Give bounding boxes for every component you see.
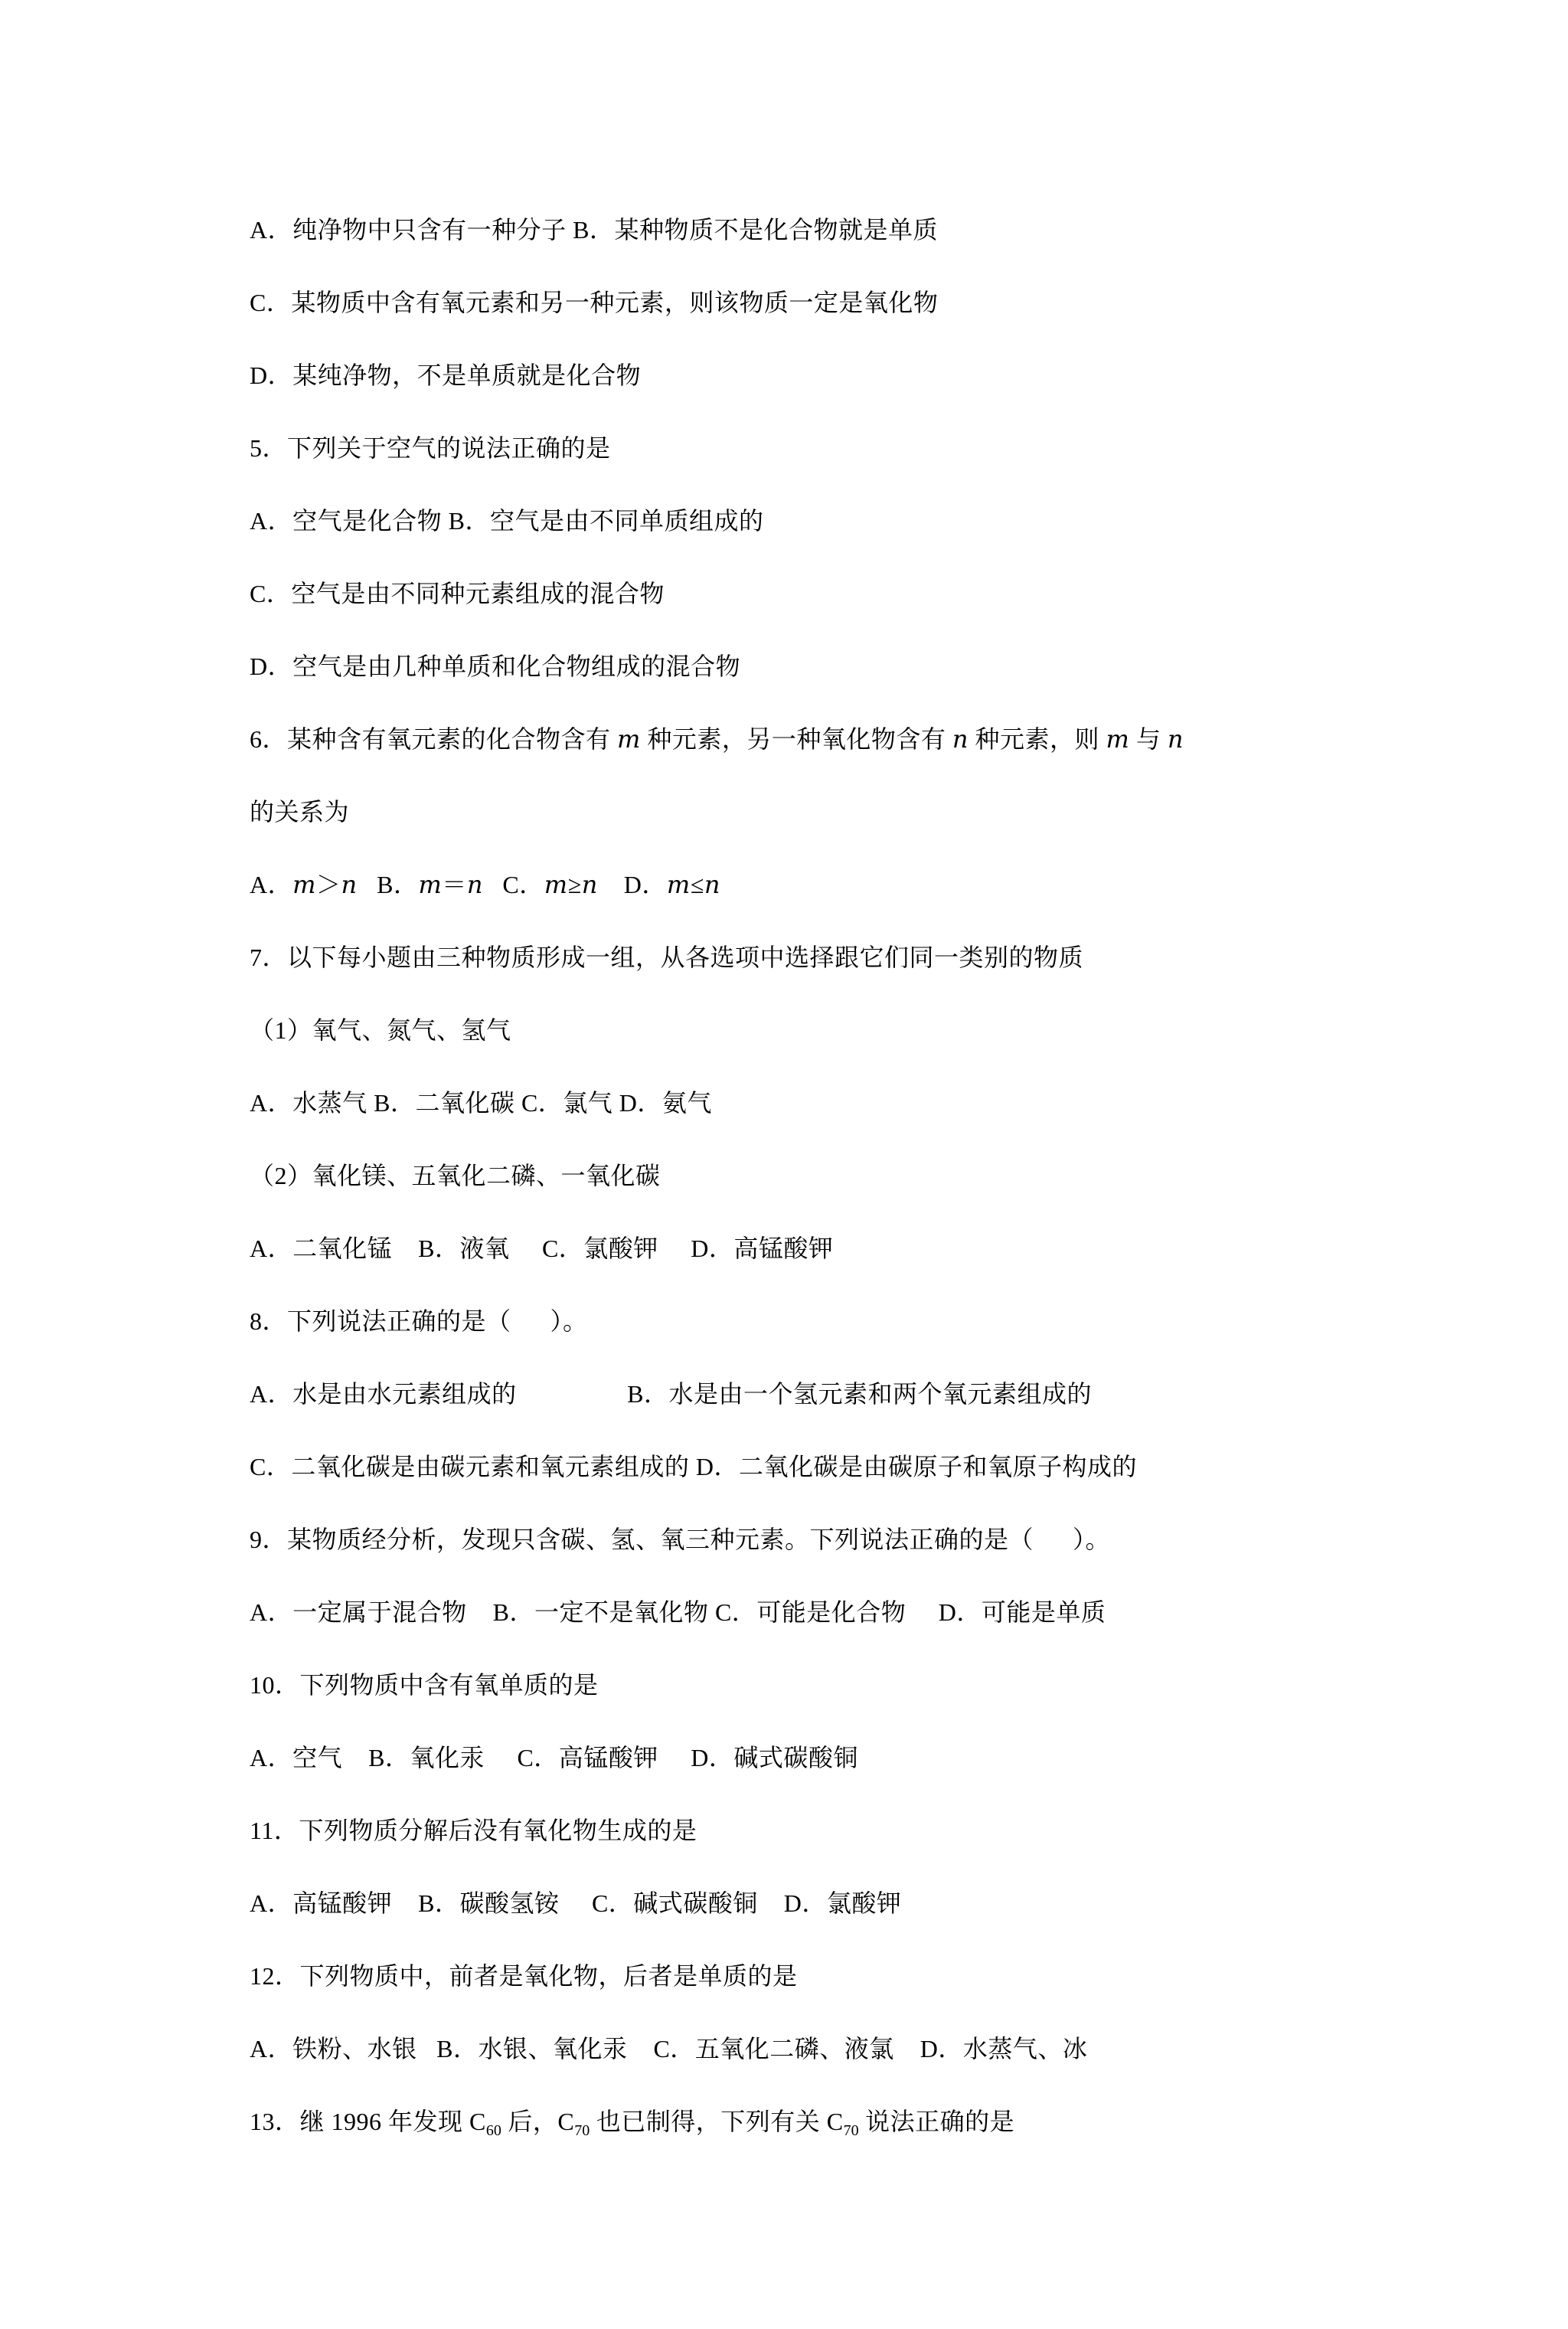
math-variable: m bbox=[667, 870, 691, 899]
math-variable: m bbox=[617, 725, 641, 754]
text-run: 5．下列关于空气的说法正确的是 bbox=[250, 434, 611, 462]
text-run: 13．继 1996 年发现 C bbox=[250, 2108, 486, 2135]
text-run: 的关系为 bbox=[250, 798, 349, 826]
text-run: C． bbox=[483, 871, 544, 898]
text-run: 7．以下每小题由三种物质形成一组，从各选项中选择跟它们同一类别的物质 bbox=[250, 944, 1083, 971]
text-line: A．m＞n B．m＝n C．m≥n D．m≤n bbox=[250, 849, 1337, 921]
text-run: 后，C bbox=[501, 2108, 574, 2135]
text-line: A．高锰酸钾 B．碳酸氢铵 C．碱式碳酸铜 D．氯酸钾 bbox=[250, 1867, 1337, 1940]
text-line: A．水是由水元素组成的 B．水是由一个氢元素和两个氧元素组成的 bbox=[250, 1358, 1337, 1431]
text-run: D． bbox=[598, 871, 667, 898]
text-line: A．铁粉、水银 B．水银、氧化汞 C．五氧化二磷、液氯 D．水蒸气、冰 bbox=[250, 2013, 1337, 2085]
text-line: 6．某种含有氧元素的化合物含有 m 种元素，另一种氧化物含有 n 种元素，则 m… bbox=[250, 703, 1337, 776]
math-variable: m bbox=[292, 870, 316, 899]
text-run: （1）氧气、氮气、氢气 bbox=[250, 1016, 511, 1044]
text-run: A．二氧化锰 B．液氧 C．氯酸钾 D．高锰酸钾 bbox=[250, 1235, 833, 1262]
text-run: C．空气是由不同种元素组成的混合物 bbox=[250, 580, 665, 607]
text-line: 7．以下每小题由三种物质形成一组，从各选项中选择跟它们同一类别的物质 bbox=[250, 921, 1337, 994]
text-run: （2）氧化镁、五氧化二磷、一氧化碳 bbox=[250, 1162, 661, 1189]
text-run: 种元素，则 bbox=[969, 725, 1106, 753]
text-line: C．空气是由不同种元素组成的混合物 bbox=[250, 558, 1337, 630]
text-run: ＝ bbox=[442, 871, 467, 898]
text-run: 与 bbox=[1129, 725, 1168, 753]
text-run: 6．某种含有氧元素的化合物含有 bbox=[250, 725, 617, 753]
text-run: A．铁粉、水银 B．水银、氧化汞 C．五氧化二磷、液氯 D．水蒸气、冰 bbox=[250, 2035, 1087, 2062]
text-run: 8．下列说法正确的是（ ）。 bbox=[250, 1307, 588, 1335]
text-run: ≤ bbox=[691, 871, 704, 898]
text-run: C．二氧化碳是由碳元素和氧元素组成的 D．二氧化碳是由碳原子和氧原子构成的 bbox=[250, 1453, 1137, 1480]
text-line: C．某物质中含有氧元素和另一种元素，则该物质一定是氧化物 bbox=[250, 267, 1337, 339]
document-page: A．纯净物中只含有一种分子 B．某种物质不是化合物就是单质C．某物质中含有氧元素… bbox=[0, 0, 1568, 2329]
text-run: C．某物质中含有氧元素和另一种元素，则该物质一定是氧化物 bbox=[250, 289, 938, 316]
text-run: A．水是由水元素组成的 B．水是由一个氢元素和两个氧元素组成的 bbox=[250, 1380, 1092, 1408]
text-run: A． bbox=[250, 871, 292, 898]
text-line: 13．继 1996 年发现 C60 后，C70 也已制得，下列有关 C70 说法… bbox=[250, 2085, 1337, 2167]
text-line: A．水蒸气 B．二氧化碳 C．氯气 D．氨气 bbox=[250, 1067, 1337, 1140]
text-run: A．水蒸气 B．二氧化碳 C．氯气 D．氨气 bbox=[250, 1089, 712, 1117]
math-variable: m bbox=[1106, 725, 1130, 754]
text-run: D．空气是由几种单质和化合物组成的混合物 bbox=[250, 653, 740, 680]
text-run: B． bbox=[358, 871, 419, 898]
subscript: 70 bbox=[844, 2122, 859, 2139]
text-run: A．空气 B．氧化汞 C．高锰酸钾 D．碱式碳酸铜 bbox=[250, 1744, 858, 1771]
text-run: A．一定属于混合物 B．一定不是氧化物 C．可能是化合物 D．可能是单质 bbox=[250, 1598, 1106, 1626]
text-line: 12．下列物质中，前者是氧化物，后者是单质的是 bbox=[250, 1940, 1337, 2013]
text-line: A．一定属于混合物 B．一定不是氧化物 C．可能是化合物 D．可能是单质 bbox=[250, 1576, 1337, 1649]
math-variable: m bbox=[544, 870, 568, 899]
text-line: 10．下列物质中含有氧单质的是 bbox=[250, 1649, 1337, 1722]
subscript: 70 bbox=[574, 2122, 590, 2139]
text-run: 10．下列物质中含有氧单质的是 bbox=[250, 1671, 599, 1699]
text-run: A．高锰酸钾 B．碳酸氢铵 C．碱式碳酸铜 D．氯酸钾 bbox=[250, 1889, 901, 1917]
text-line: 8．下列说法正确的是（ ）。 bbox=[250, 1285, 1337, 1358]
text-line: A．空气 B．氧化汞 C．高锰酸钾 D．碱式碳酸铜 bbox=[250, 1722, 1337, 1794]
text-line: A．纯净物中只含有一种分子 B．某种物质不是化合物就是单质 bbox=[250, 194, 1337, 267]
text-line: A．空气是化合物 B．空气是由不同单质组成的 bbox=[250, 485, 1337, 558]
text-run: ≥ bbox=[568, 871, 582, 898]
math-variable: n bbox=[952, 725, 969, 754]
text-line: 11．下列物质分解后没有氧化物生成的是 bbox=[250, 1794, 1337, 1867]
text-run: 说法正确的是 bbox=[859, 2108, 1015, 2135]
text-run: 12．下列物质中，前者是氧化物，后者是单质的是 bbox=[250, 1962, 798, 1990]
math-variable: n bbox=[582, 870, 598, 899]
text-line: 的关系为 bbox=[250, 776, 1337, 849]
text-run: D．某纯净物，不是单质就是化合物 bbox=[250, 361, 641, 389]
text-line: 5．下列关于空气的说法正确的是 bbox=[250, 412, 1337, 485]
math-variable: n bbox=[467, 870, 483, 899]
math-variable: n bbox=[341, 870, 357, 899]
text-line: A．二氧化锰 B．液氧 C．氯酸钾 D．高锰酸钾 bbox=[250, 1212, 1337, 1285]
text-line: D．空气是由几种单质和化合物组成的混合物 bbox=[250, 630, 1337, 703]
text-run: ＞ bbox=[316, 871, 341, 898]
text-line: （1）氧气、氮气、氢气 bbox=[250, 994, 1337, 1067]
text-run: 也已制得，下列有关 C bbox=[590, 2108, 843, 2135]
subscript: 60 bbox=[486, 2122, 501, 2139]
math-variable: n bbox=[704, 870, 720, 899]
math-variable: n bbox=[1168, 725, 1184, 754]
document-body: A．纯净物中只含有一种分子 B．某种物质不是化合物就是单质C．某物质中含有氧元素… bbox=[250, 194, 1337, 2167]
text-run: A．纯净物中只含有一种分子 B．某种物质不是化合物就是单质 bbox=[250, 216, 938, 244]
text-line: （2）氧化镁、五氧化二磷、一氧化碳 bbox=[250, 1140, 1337, 1212]
text-run: 种元素，另一种氧化物含有 bbox=[641, 725, 952, 753]
text-line: D．某纯净物，不是单质就是化合物 bbox=[250, 339, 1337, 412]
text-line: C．二氧化碳是由碳元素和氧元素组成的 D．二氧化碳是由碳原子和氧原子构成的 bbox=[250, 1431, 1337, 1503]
math-variable: m bbox=[418, 870, 442, 899]
text-run: 9．某物质经分析，发现只含碳、氢、氧三种元素。下列说法正确的是（ ）。 bbox=[250, 1526, 1110, 1553]
text-run: 11．下列物质分解后没有氧化物生成的是 bbox=[250, 1817, 697, 1844]
text-line: 9．某物质经分析，发现只含碳、氢、氧三种元素。下列说法正确的是（ ）。 bbox=[250, 1503, 1337, 1576]
text-run: A．空气是化合物 B．空气是由不同单质组成的 bbox=[250, 507, 763, 535]
